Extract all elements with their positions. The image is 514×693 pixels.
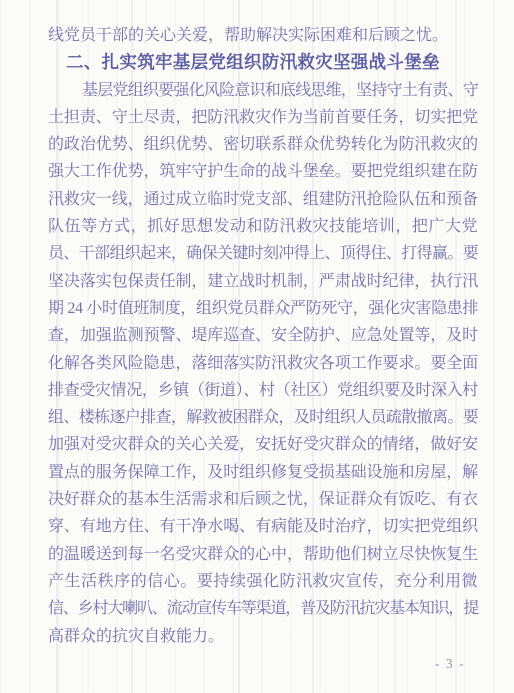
text-line: 查，加强监测预警、堤库巡查、安全防护、应急处置等，及时 (48, 322, 478, 349)
text-line: 队伍等方式，抓好思想发动和防汛救灾技能培训，把广大党 (48, 213, 478, 240)
text-line: 土担责、守土尽责，把防汛救灾作为当前首要任务，切实把党 (48, 104, 478, 131)
text-line: 排查受灾情况，乡镇（街道）、村（社区）党组织要及时深入村 (48, 377, 478, 404)
text-line: 置点的服务保障工作，及时组织修复受损基础设施和房屋，解 (48, 459, 478, 486)
text-line: 期 24 小时值班制度，组织党员群众严防死守，强化灾害隐患排 (48, 295, 478, 322)
text-line: 决好群众的基本生活需求和后顾之忧，保证群众有饭吃、有衣 (48, 486, 478, 513)
text-line: 信、乡村大喇叭、流动宣传车等渠道，普及防汛抗灾基本知识，提 (48, 595, 478, 622)
section-heading: 二、扎实筑牢基层党组织防汛救灾坚强战斗堡垒 (48, 49, 478, 76)
text-line: 坚决落实包保责任制，建立战时机制，严肃战时纪律，执行汛 (48, 268, 478, 295)
text-line: 高群众的抗灾自救能力。 (48, 623, 478, 650)
text-line: 的政治优势、组织优势、密切联系群众优势转化为防汛救灾的 (48, 131, 478, 158)
text-line: 化解各类风险隐患，落细落实防汛救灾各项工作要求。要全面 (48, 350, 478, 377)
text-line: 汛救灾一线，通过成立临时党支部、组建防汛抢险队伍和预备 (48, 186, 478, 213)
text-line: 线党员干部的关心关爱，帮助解决实际困难和后顾之忧。 (48, 22, 478, 49)
text-line: 加强对受灾群众的关心关爱，安抚好受灾群众的情绪，做好安 (48, 431, 478, 458)
scanned-document-page: 线党员干部的关心关爱，帮助解决实际困难和后顾之忧。二、扎实筑牢基层党组织防汛救灾… (0, 0, 514, 693)
text-line: 员、干部组织起来，确保关键时刻冲得上、顶得住、打得赢。要 (48, 240, 478, 267)
page-number: - 3 - (48, 651, 478, 677)
text-line: 组、楼栋逐户排查，解救被困群众，及时组织人员疏散撤离。要 (48, 404, 478, 431)
text-line: 强大工作优势，筑牢守护生命的战斗堡垒。要把党组织建在防 (48, 158, 478, 185)
text-line: 产生活秩序的信心。要持续强化防汛救灾宣传，充分利用微 (48, 568, 478, 595)
text-lines: 线党员干部的关心关爱，帮助解决实际困难和后顾之忧。二、扎实筑牢基层党组织防汛救灾… (48, 22, 478, 650)
text-line: 基层党组织要强化风险意识和底线思维，坚持守土有责、守 (48, 77, 478, 104)
text-line: 穿、有地方住、有干净水喝、有病能及时治疗，切实把党组织 (48, 513, 478, 540)
text-line: 的温暖送到每一名受灾群众的心中，帮助他们树立尽快恢复生 (48, 541, 478, 568)
document-body: 线党员干部的关心关爱，帮助解决实际困难和后顾之忧。二、扎实筑牢基层党组织防汛救灾… (48, 22, 478, 677)
